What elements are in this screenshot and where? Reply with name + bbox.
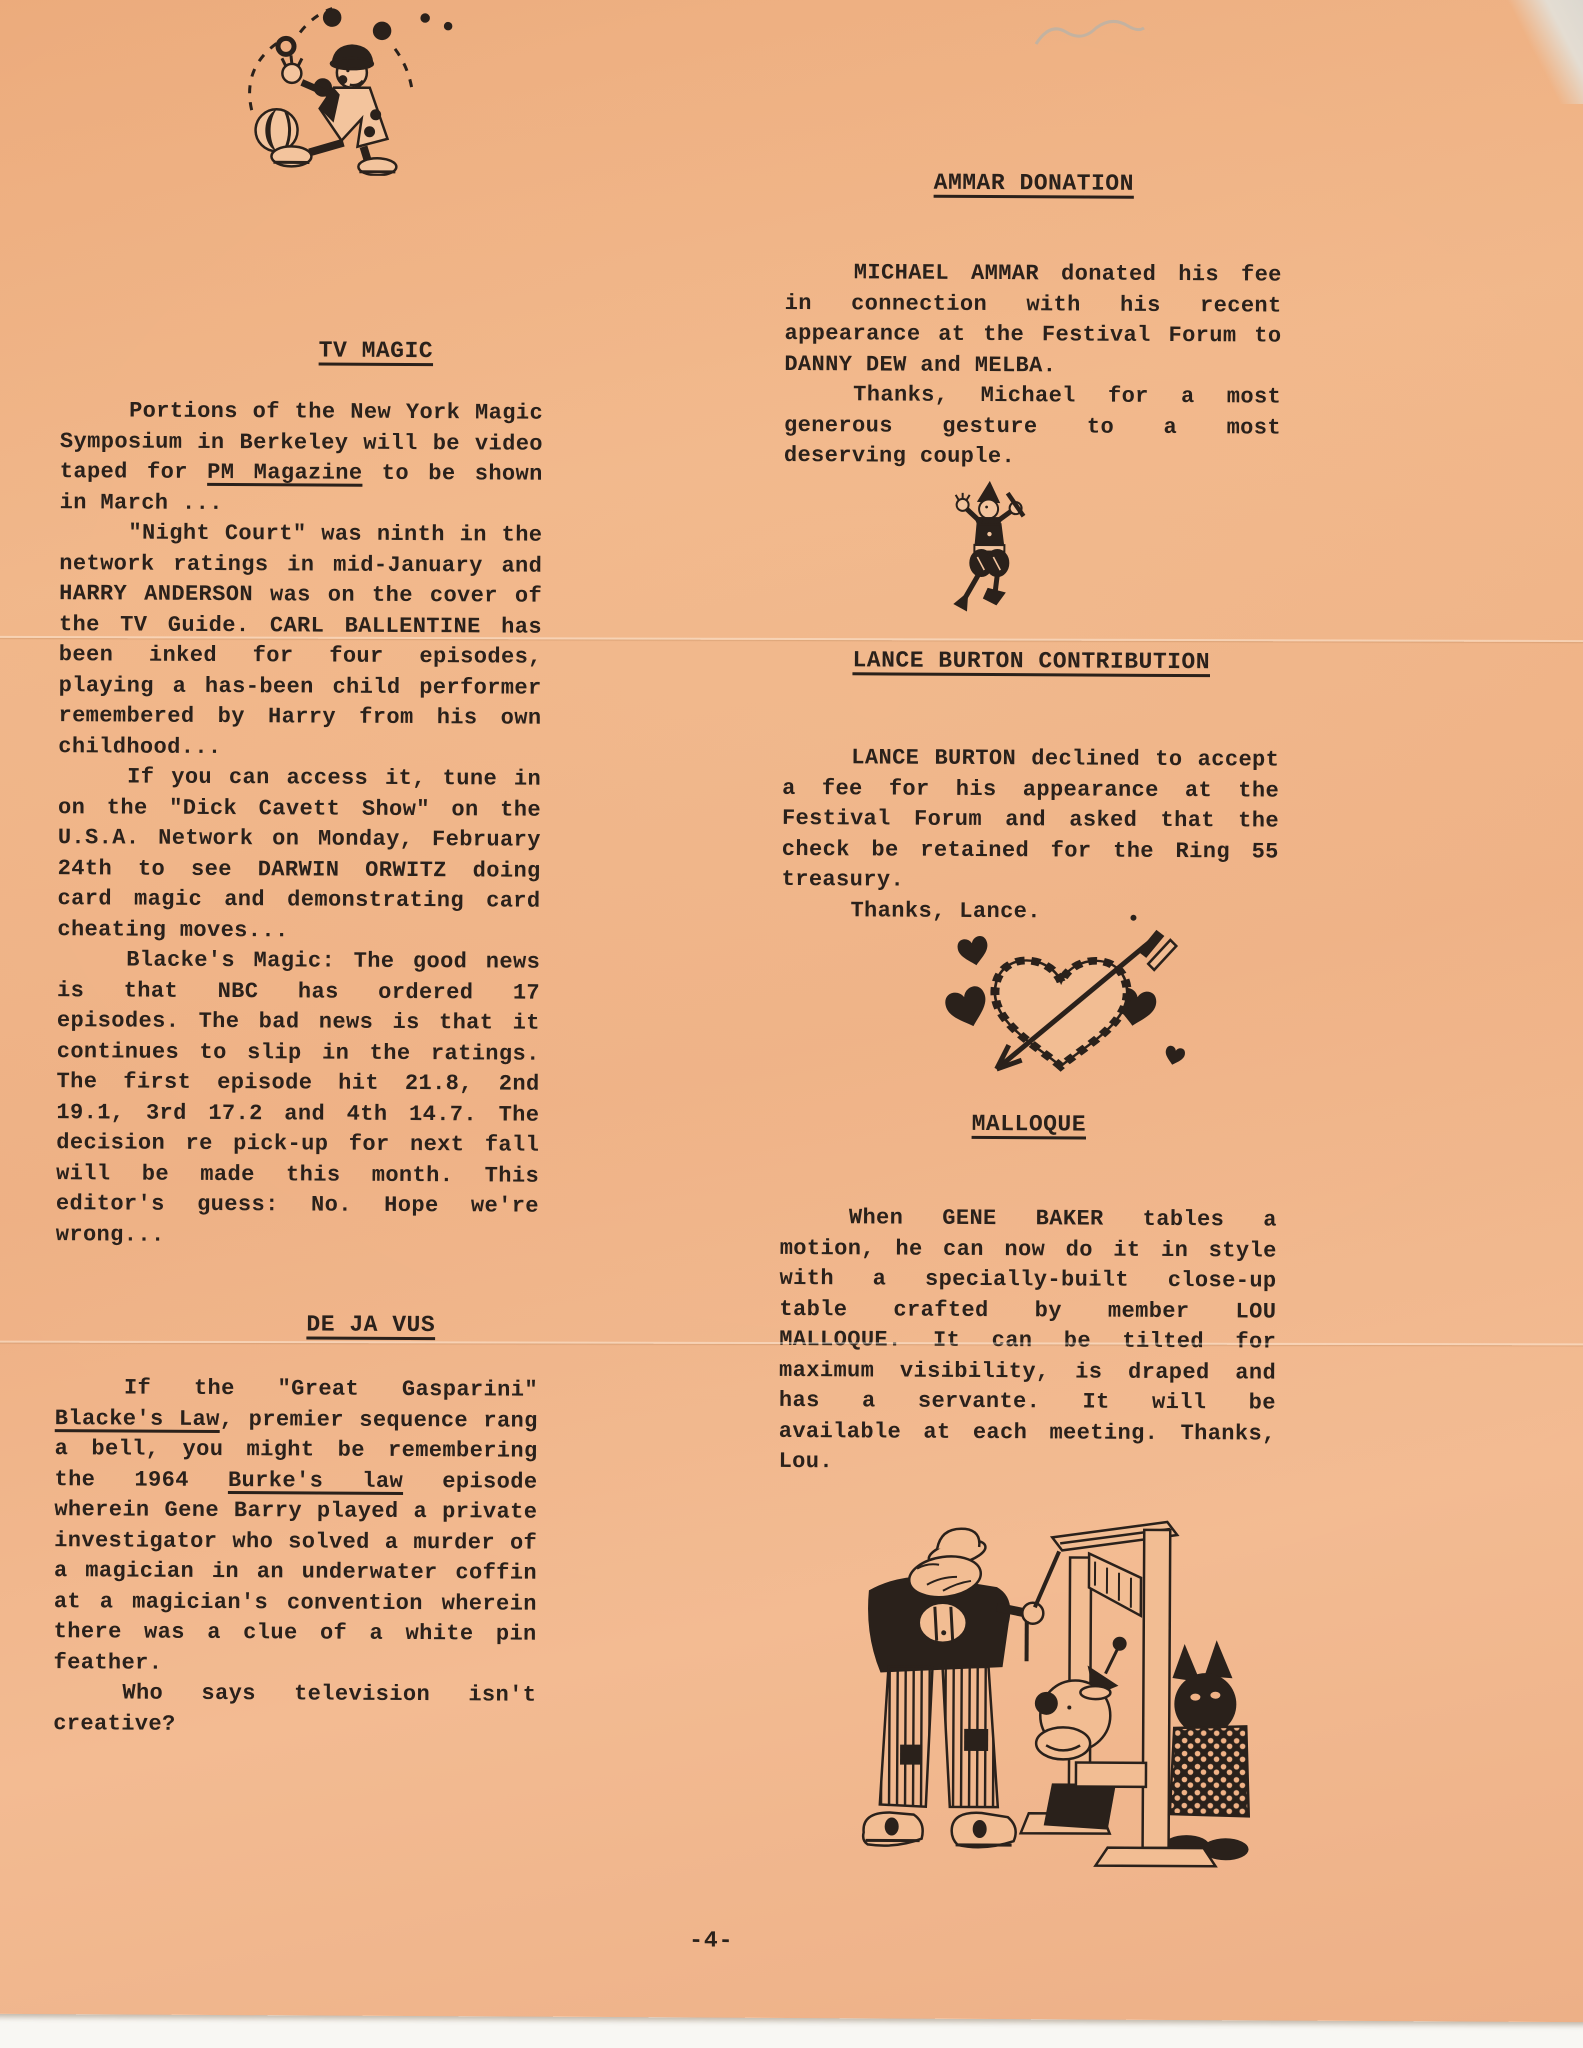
text-line: episodes. The bad news is that it [57,1006,540,1039]
section-heading-lance-burton: LANCE BURTON CONTRIBUTION [783,645,1280,679]
section-body-lance-burton: LANCE BURTON declined to accepta fee for… [781,743,1279,929]
text-line: Blacke's Law, premier sequence rang [55,1404,538,1437]
text-line: Who says television isn't [53,1678,536,1711]
text-line: network ratings in mid-January and [59,549,542,582]
text-line: in connection with his recent [785,288,1282,321]
text-line: table crafted by member LOU [779,1294,1276,1327]
text-line: Lou. [779,1447,1276,1480]
section-tv-magic: TV MAGIC Portions of the New York MagicS… [56,334,544,1253]
text-line: editor's guess: No. Hope we're [56,1189,539,1222]
paragraph: MICHAEL AMMAR donated his feein connecti… [784,258,1282,383]
paragraph: Portions of the New York MagicSymposium … [60,396,544,521]
text-line: decision re pick-up for next fall [56,1128,539,1161]
text-line: "Night Court" was ninth in the [59,518,542,551]
juggling-clown-drawing [181,0,457,176]
text-line: check be retained for the Ring 55 [782,834,1279,867]
text-line: on the "Dick Cavett Show" on the [58,793,541,826]
section-body-de-ja-vus: If the "Great Gasparini"Blacke's Law, pr… [53,1373,538,1742]
text-line: been inked for four episodes, [59,640,542,673]
page-number: -4- [689,1927,734,1953]
text-line: remembered by Harry from his own [58,701,541,734]
text-line: 24th to see DARWIN ORWITZ doing [58,854,541,887]
section-heading-tv-magic: TV MAGIC [60,334,543,368]
juggling-clown-illustration [181,0,457,176]
text-line: appearance at the Festival Forum to [784,319,1281,352]
text-line: will be made this month. This [56,1159,539,1192]
jester-illustration [951,481,1037,616]
paragraph: Blacke's Magic: The good newsis that NBC… [56,945,541,1253]
text-line: maximum visibility, is draped and [779,1355,1276,1388]
text-line: Portions of the New York Magic [60,396,543,429]
section-heading-de-ja-vus: DE JA VUS [55,1308,538,1342]
heart-arrow-illustration [942,921,1191,1092]
paragraph: LANCE BURTON declined to accepta fee for… [782,743,1280,898]
jester-drawing [951,481,1037,616]
text-line: LANCE BURTON declined to accept [782,743,1279,776]
text-line: cheating moves... [57,915,540,948]
text-line: Symposium in Berkeley will be video [60,427,543,460]
text-line: If the "Great Gasparini" [55,1373,538,1406]
paragraph: If you can access it, tune inon the "Dic… [57,762,541,948]
text-line: DANNY DEW and MELBA. [784,349,1281,382]
text-line: at a magician's convention wherein [54,1587,537,1620]
section-ammar-donation: AMMAR DONATION MICHAEL AMMAR donated his… [784,167,1283,474]
section-de-ja-vus: DE JA VUS If the "Great Gasparini"Blacke… [53,1308,538,1742]
text-line: available at each meeting. Thanks, [779,1416,1276,1449]
pencil-squiggle-mark [1032,14,1148,56]
text-line: taped for PM Magazine to be shown [60,457,543,490]
text-line: deserving couple. [784,441,1281,474]
text-line: continues to slip in the ratings. [57,1037,540,1070]
paragraph: Who says television isn'tcreative? [53,1678,536,1742]
text-line: playing a has-been child performer [59,671,542,704]
text-line: HARRY ANDERSON was on the cover of [59,579,542,612]
text-line: wherein Gene Barry played a private [54,1495,537,1528]
text-line: is that NBC has ordered 17 [57,976,540,1009]
text-line: Thanks, Michael for a most [784,380,1281,413]
paragraph: "Night Court" was ninth in thenetwork ra… [58,518,542,765]
text-line: feather. [53,1648,536,1681]
text-line: Blacke's Magic: The good news [57,945,540,978]
heart-arrow-drawing [942,921,1191,1092]
text-line: treasury. [782,865,1279,898]
text-line: the 1964 Burke's law episode [54,1465,537,1498]
text-line: has a servante. It will be [779,1386,1276,1419]
section-heading-ammar-donation: AMMAR DONATION [785,167,1282,201]
text-line: creative? [53,1709,536,1742]
newsletter-page: TV MAGIC Portions of the New York MagicS… [0,0,1583,2022]
text-line: investigator who solved a murder of [54,1526,537,1559]
text-line: childhood... [58,732,541,765]
scan-corner-artifact [1505,0,1583,104]
text-line: When GENE BAKER tables a [780,1203,1277,1236]
text-line: card magic and demonstrating card [57,884,540,917]
paragraph: If the "Great Gasparini"Blacke's Law, pr… [53,1373,538,1681]
text-line: with a specially-built close-up [779,1264,1276,1297]
text-line: a magician in an underwater coffin [54,1556,537,1589]
text-line: wrong... [56,1220,539,1253]
text-line: in March ... [60,488,543,521]
text-line: there was a clue of a white pin [54,1617,537,1650]
paragraph: Thanks, Michael for a mostgenerous gestu… [784,380,1281,474]
text-line: If you can access it, tune in [58,762,541,795]
section-lance-burton-contribution: LANCE BURTON CONTRIBUTION LANCE BURTON d… [781,645,1279,929]
section-malloque: MALLOQUE When GENE BAKER tables amotion,… [779,1108,1278,1480]
text-line: a bell, you might be remembering [55,1434,538,1467]
text-line: 19.1, 3rd 17.2 and 4th 14.7. The [56,1098,539,1131]
text-line: motion, he can now do it in style [780,1233,1277,1266]
section-body-ammar-donation: MICHAEL AMMAR donated his feein connecti… [784,258,1282,474]
section-heading-malloque: MALLOQUE [780,1108,1277,1142]
text-line: a fee for his appearance at the [782,773,1279,806]
text-line: Festival Forum and asked that the [782,804,1279,837]
guillotine-clowns-drawing [855,1514,1252,1882]
section-body-tv-magic: Portions of the New York MagicSymposium … [56,396,543,1253]
text-line: MICHAEL AMMAR donated his fee [785,258,1282,291]
text-line: The first episode hit 21.8, 2nd [56,1067,539,1100]
text-line: U.S.A. Network on Monday, February [58,823,541,856]
guillotine-clowns-illustration [855,1514,1252,1882]
ink-speck [1130,915,1136,921]
text-line: generous gesture to a most [784,410,1281,443]
